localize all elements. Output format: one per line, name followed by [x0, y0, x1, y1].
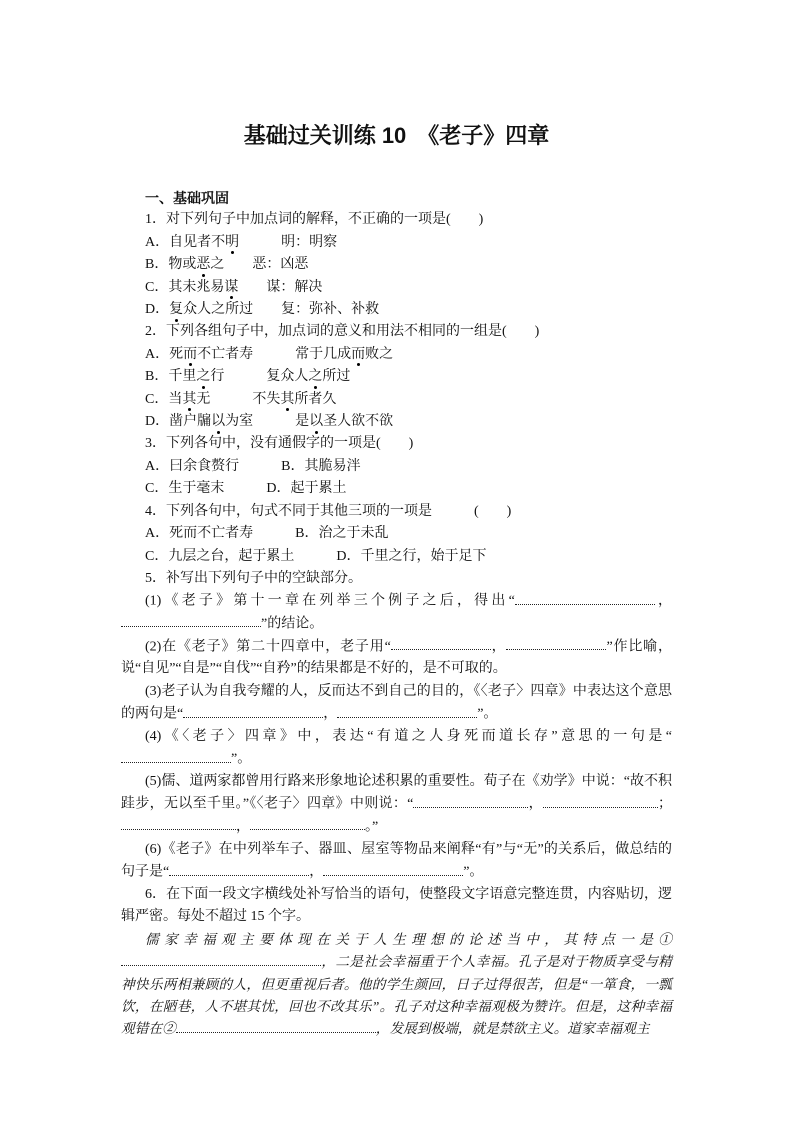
question-2-option-c: C．当其无 不失其所者久	[121, 389, 672, 411]
question-6-stem: 6．在下面一段文字横线处补写恰当的语句，使整段文字语意完整连贯，内容贴切，逻辑严…	[121, 884, 672, 929]
emphasized-char: 明	[225, 235, 239, 250]
question-1-option-c: C．其未兆易谋 谋：解决	[121, 277, 672, 299]
text-segment: ”。	[477, 707, 497, 722]
text-segment: B．千里	[145, 369, 196, 384]
content: 一、基础巩固1．对下列句子中加点词的解释，不正确的一项是( )A．自见者不明 明…	[121, 187, 672, 1041]
answer-blank[interactable]	[121, 748, 231, 762]
emphasized-char: 谋	[224, 280, 238, 295]
text-segment: A．死而不亡者寿 B．治之于未乱	[145, 526, 388, 541]
text-segment: ，	[309, 865, 323, 880]
text-segment: 圣人欲不欲	[323, 414, 393, 429]
text-segment: 儒家幸福观主要体现在关于人生理想的论述当中，其特点一是①	[145, 932, 672, 947]
passage-paragraph: 儒家幸福观主要体现在关于人生理想的论述当中，其特点一是①，二是社会幸福重于个人幸…	[121, 929, 672, 1041]
text-segment: 所者久	[294, 392, 336, 407]
question-1-option-d: D．复众人之所过 复：弥补、补救	[121, 299, 672, 321]
text-segment: B．物或	[145, 257, 196, 272]
fill-item-3: (3)老子认为自我夸耀的人，反而达不到自己的目的，《〈老子〉四章》中表达这个意思…	[121, 681, 672, 726]
emphasized-char: 恶	[196, 257, 210, 272]
text-segment: 2．下列各组句子中，加点词的意义和用法不相同的一组是( )	[145, 324, 539, 339]
text-segment: 5．补写出下列句子中的空缺部分。	[145, 571, 362, 586]
text-segment: ；	[658, 797, 672, 812]
question-5-stem: 5．补写出下列句子中的空缺部分。	[121, 568, 672, 590]
text-segment: 不亡者寿 常于几成	[197, 347, 351, 362]
answer-blank[interactable]	[121, 613, 261, 627]
emphasized-char: 以	[211, 414, 225, 429]
text-segment: ，发展到极端，就是禁欲主义。道家幸福观主	[376, 1021, 650, 1036]
answer-blank[interactable]	[515, 590, 655, 604]
answer-blank[interactable]	[337, 703, 477, 717]
text-segment: ”。	[463, 865, 483, 880]
question-2-option-b: B．千里之行 复众人之所过	[121, 366, 672, 388]
text-segment: (1)《老子》第十一章在列举三个例子之后，得出“	[145, 594, 515, 609]
question-3-options-ab: A．曰余食赘行 B．其脆易泮	[121, 456, 672, 478]
fill-item-2: (2)在《老子》第二十四章中，老子用“，”作比喻，说“自见”“自是”“自伐”“自…	[121, 636, 672, 681]
text-segment: 无 不失	[196, 392, 280, 407]
section-heading: 一、基础巩固	[121, 187, 672, 209]
answer-blank[interactable]	[121, 952, 321, 966]
page-title: 基础过关训练 10 《老子》四章	[121, 124, 672, 148]
text-segment: 败之	[365, 347, 393, 362]
text-segment: 。”	[365, 819, 378, 834]
text-segment: ，	[528, 797, 543, 812]
question-2-option-a: A．死而不亡者寿 常于几成而败之	[121, 344, 672, 366]
question-3-stem: 3．下列各句中，没有通假字的一项是( )	[121, 433, 672, 455]
emphasized-char: 而	[351, 347, 365, 362]
text-segment: C．生于毫末 D．起于累土	[145, 481, 346, 496]
text-segment: 1．对下列句子中加点词的解释，不正确的一项是( )	[145, 212, 483, 227]
text-segment: A．自见者不	[145, 235, 225, 250]
text-segment: 谋：解决	[238, 280, 322, 295]
text-segment: ，	[236, 819, 250, 834]
emphasized-char: 以	[309, 414, 323, 429]
emphasized-char: 其	[182, 392, 196, 407]
answer-blank[interactable]	[413, 793, 528, 807]
question-2-option-d: D．凿户牖以为室 是以圣人欲不欲	[121, 411, 672, 433]
text-segment: 行 复众人	[210, 369, 308, 384]
answer-blank[interactable]	[169, 861, 309, 875]
text-segment: ，	[491, 639, 507, 654]
text-segment: ”的结论。	[261, 616, 323, 631]
answer-blank[interactable]	[183, 703, 323, 717]
question-2-stem: 2．下列各组句子中，加点词的意义和用法不相同的一组是( )	[121, 321, 672, 343]
text-segment: 3．下列各句中，没有通假字的一项是( )	[145, 436, 413, 451]
text-segment: A．死	[145, 347, 183, 362]
text-segment: 众人之所过 复：弥补、补救	[183, 302, 379, 317]
answer-blank[interactable]	[176, 1019, 376, 1033]
emphasized-char: 而	[183, 347, 197, 362]
content-column: 基础过关训练 10 《老子》四章 一、基础巩固1．对下列句子中加点词的解释，不正…	[121, 124, 672, 1041]
question-3-options-cd: C．生于毫末 D．起于累土	[121, 478, 672, 500]
emphasized-char: 之	[196, 369, 210, 384]
question-4-options-cd: C．九层之台，起于累土 D．千里之行，始于足下	[121, 546, 672, 568]
answer-blank[interactable]	[391, 636, 491, 650]
text-segment: ，	[655, 594, 672, 609]
fill-item-5: (5)儒、道两家都曾用行路来形象地论述积累的重要性。荀子在《劝学》中说：“故不积…	[121, 771, 672, 839]
text-segment: 一、基础巩固	[145, 190, 229, 206]
emphasized-char: 复	[169, 302, 183, 317]
text-segment: D．凿户牖	[145, 414, 211, 429]
answer-blank[interactable]	[250, 816, 365, 830]
answer-blank[interactable]	[323, 861, 463, 875]
question-4-options-ab: A．死而不亡者寿 B．治之于未乱	[121, 523, 672, 545]
fill-item-6: (6)《老子》在中列举车子、器皿、屋室等物品来阐释“有”与“无”的关系后，做总结…	[121, 839, 672, 884]
question-1-option-a: A．自见者不明 明：明察	[121, 232, 672, 254]
fill-item-4: (4)《〈老子〉四章》中，表达“有道之人身死而道长存”意思的一句是“”。	[121, 726, 672, 771]
question-4-stem: 4．下列各句中，句式不同于其他三项的一项是 ( )	[121, 501, 672, 523]
text-segment: 4．下列各句中，句式不同于其他三项的一项是 ( )	[145, 504, 511, 519]
text-segment: (4)《〈老子〉四章》中，表达“有道之人身死而道长存”意思的一句是“	[145, 729, 672, 744]
emphasized-char: 之	[308, 369, 322, 384]
text-segment: 明：明察	[239, 235, 337, 250]
text-segment: (2)在《老子》第二十四章中，老子用“	[145, 639, 391, 654]
question-1-option-b: B．物或恶之 恶：凶恶	[121, 254, 672, 276]
answer-blank[interactable]	[543, 793, 658, 807]
text-segment: ，	[323, 707, 337, 722]
worksheet-page: 基础过关训练 10 《老子》四章 一、基础巩固1．对下列句子中加点词的解释，不正…	[0, 0, 793, 1122]
text-segment: ”。	[231, 752, 251, 767]
answer-blank[interactable]	[506, 636, 606, 650]
text-segment: C．其未兆易	[145, 280, 224, 295]
text-segment: A．曰余食赘行 B．其脆易泮	[145, 459, 360, 474]
text-segment: 6．在下面一段文字横线处补写恰当的语句，使整段文字语意完整连贯，内容贴切，逻辑严…	[121, 887, 672, 924]
fill-item-1: (1)《老子》第十一章在列举三个例子之后，得出“，”的结论。	[121, 590, 672, 635]
text-segment: 为室 是	[225, 414, 309, 429]
text-segment: 之 恶：凶恶	[210, 257, 308, 272]
text-segment: 所过	[322, 369, 350, 384]
answer-blank[interactable]	[121, 816, 236, 830]
emphasized-char: 其	[280, 392, 294, 407]
text-segment: C．当	[145, 392, 182, 407]
text-segment: C．九层之台，起于累土 D．千里之行，始于足下	[145, 549, 486, 564]
question-1-stem: 1．对下列句子中加点词的解释，不正确的一项是( )	[121, 209, 672, 231]
text-segment: D．	[145, 302, 169, 317]
